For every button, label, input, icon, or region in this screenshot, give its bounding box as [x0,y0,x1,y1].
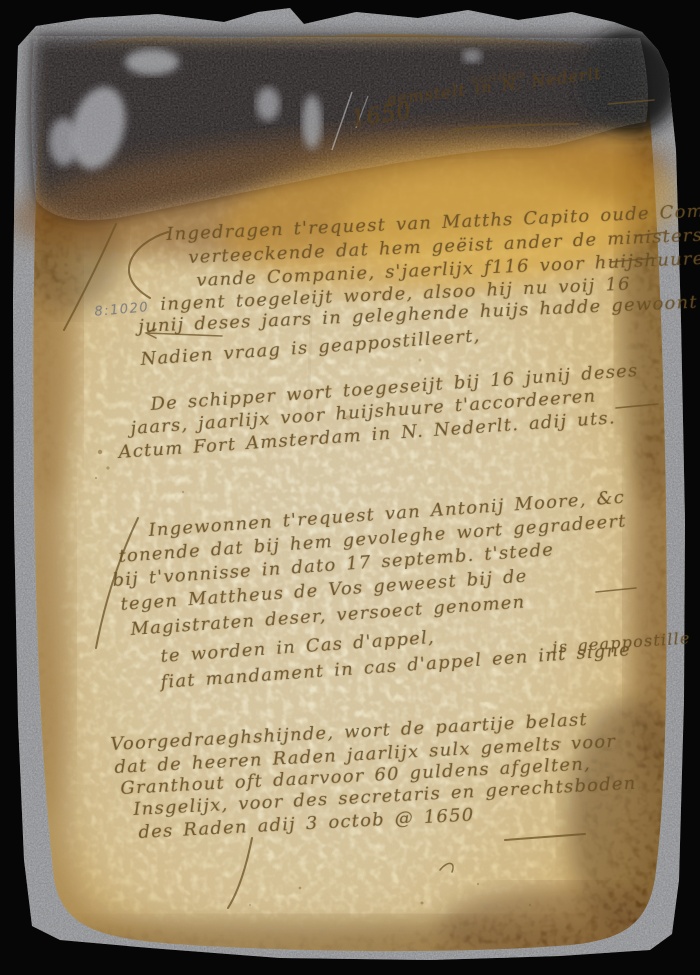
manuscript-photo: vanden aemstelt in N. Nederlt 1650 8:102… [0,0,700,975]
